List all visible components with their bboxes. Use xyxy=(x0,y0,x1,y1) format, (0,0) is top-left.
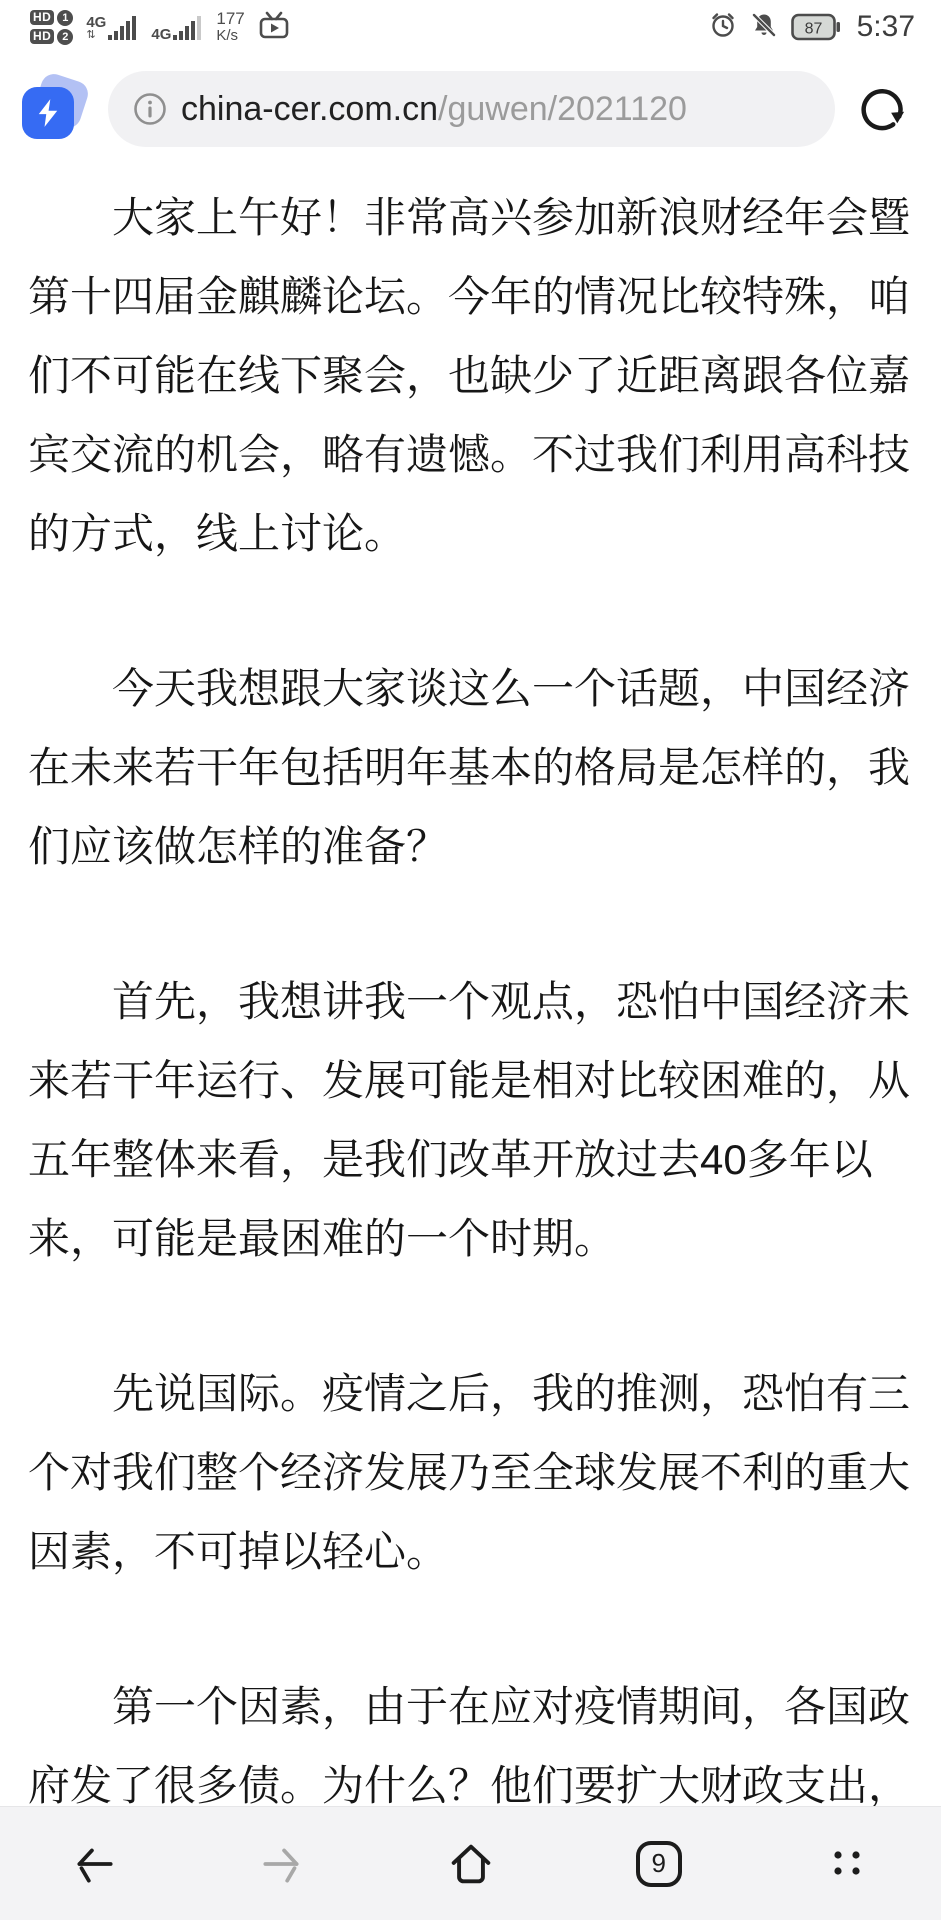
status-bar: HD 1 HD 2 4G ⇅ xyxy=(0,0,941,50)
article-content: 大家上午好！非常高兴参加新浪财经年会暨 第十四届金麒麟论坛。今年的情况比较特殊，… xyxy=(0,168,941,1825)
forward-button[interactable] xyxy=(247,1829,317,1899)
signal-bars-icon xyxy=(173,13,203,41)
article-paragraph: 先说国际。疫情之后，我的推测，恐怕有三 个对我们整个经济发展乃至全球发展不利的重… xyxy=(28,1354,913,1591)
network-speed: 177 K/s xyxy=(216,10,244,44)
url-path: /guwen/2021120 xyxy=(438,90,687,128)
url-domain: china-cer.com.cn xyxy=(181,90,438,128)
nav-slot: 9 xyxy=(565,1829,753,1899)
alarm-clock-icon xyxy=(709,11,737,44)
status-bar-right: 87 5:37 xyxy=(709,10,915,44)
browser-quick-access-button[interactable] xyxy=(20,74,92,144)
home-button[interactable] xyxy=(436,1829,506,1899)
signal-sim1-icon: 4G ⇅ xyxy=(86,13,138,41)
url-text: china-cer.com.cn/guwen/2021120 xyxy=(181,90,687,129)
speed-value: 177 xyxy=(216,10,244,27)
tab-switcher-button[interactable]: 9 xyxy=(624,1829,694,1899)
refresh-button[interactable] xyxy=(851,77,915,141)
notifications-muted-icon xyxy=(750,11,778,44)
back-button[interactable] xyxy=(59,1829,129,1899)
nav-slot xyxy=(0,1829,188,1899)
tab-count: 9 xyxy=(635,1840,683,1888)
address-bar[interactable]: china-cer.com.cn/guwen/2021120 xyxy=(108,71,835,147)
article-paragraph: 首先，我想讲我一个观点，恐怕中国经济未 来若干年运行、发展可能是相对比较困难的，… xyxy=(28,962,913,1278)
svg-text:87: 87 xyxy=(804,21,822,38)
hd-badge: HD xyxy=(30,10,54,25)
signal-sim2-icon: 4G xyxy=(151,13,203,41)
nav-slot xyxy=(188,1829,376,1899)
screencast-tv-icon xyxy=(258,10,290,45)
page-info-icon[interactable] xyxy=(132,91,168,127)
signal-sim2-labels: 4G xyxy=(151,29,171,41)
menu-dots-icon xyxy=(823,1840,871,1888)
network-type-sim1: 4G xyxy=(86,17,106,29)
hd-sim2-icon: HD 2 xyxy=(30,29,73,45)
hd-sim1-icon: HD 1 xyxy=(30,10,73,26)
sim1-number: 1 xyxy=(57,10,73,26)
article-paragraph: 今天我想跟大家谈这么一个话题，中国经济 在未来若干年包括明年基本的格局是怎样的，… xyxy=(28,649,913,886)
browser-header: china-cer.com.cn/guwen/2021120 xyxy=(0,50,941,168)
nav-slot xyxy=(376,1829,564,1899)
article-paragraph: 大家上午好！非常高兴参加新浪财经年会暨 第十四届金麒麟论坛。今年的情况比较特殊，… xyxy=(28,178,913,573)
lightning-bolt-icon xyxy=(22,87,74,139)
network-type-sim2: 4G xyxy=(151,29,171,41)
menu-button[interactable] xyxy=(812,1829,882,1899)
browser-screen: HD 1 HD 2 4G ⇅ xyxy=(0,0,941,1920)
signal-sim1-labels: 4G ⇅ xyxy=(86,17,106,41)
tab-switcher-icon: 9 xyxy=(635,1840,683,1888)
browser-nav-bar: 9 xyxy=(0,1806,941,1920)
nav-slot xyxy=(753,1829,941,1899)
signal-bars-icon xyxy=(108,13,138,41)
hd-volte-icons: HD 1 HD 2 xyxy=(30,10,73,45)
sim2-number: 2 xyxy=(57,29,73,45)
article-paragraph: 第一个因素，由于在应对疫情期间，各国政 府发了很多债。为什么？他们要扩大财政支出… xyxy=(28,1667,913,1825)
status-bar-left: HD 1 HD 2 4G ⇅ xyxy=(30,10,290,45)
battery-icon: 87 xyxy=(791,13,841,41)
clock-time: 5:37 xyxy=(857,10,915,44)
hd-badge: HD xyxy=(30,29,54,44)
speed-unit: K/s xyxy=(216,27,244,44)
data-arrows-icon: ⇅ xyxy=(86,29,94,41)
